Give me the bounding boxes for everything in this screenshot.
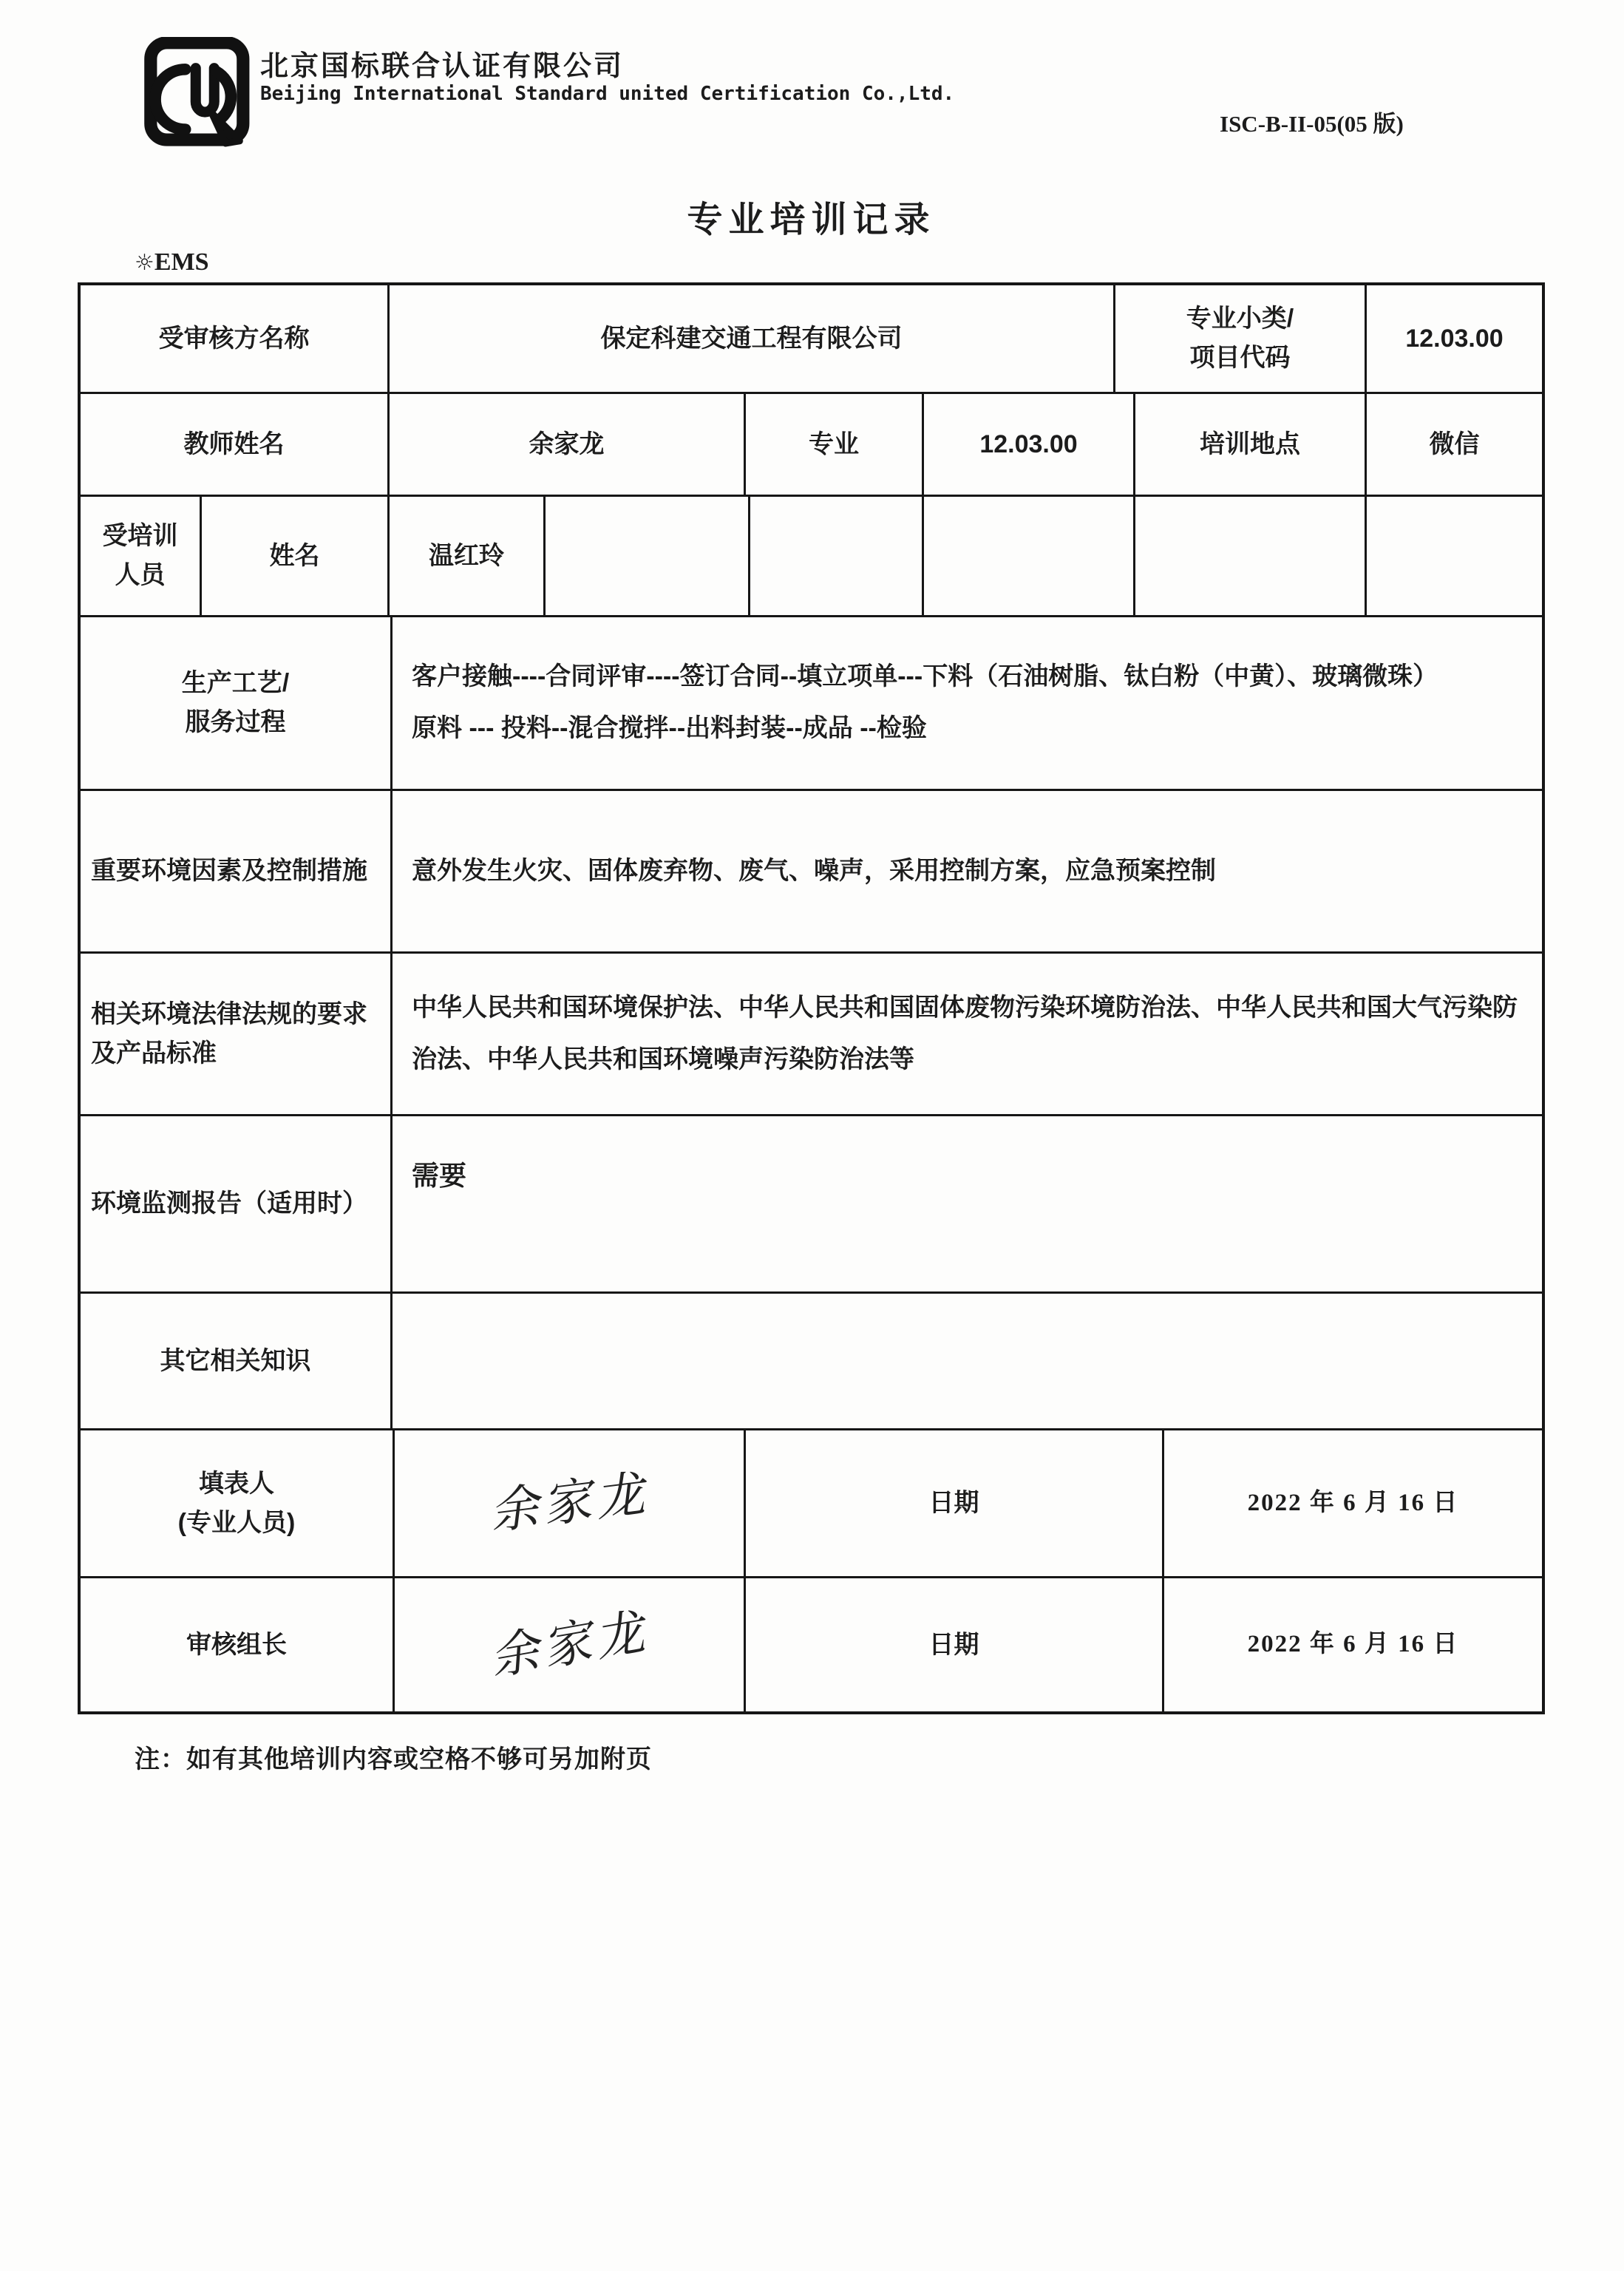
major-value: 12.03.00 — [924, 394, 1135, 495]
subcategory-code-value: 12.03.00 — [1367, 285, 1542, 392]
trainees-label: 受培训 人员 — [81, 497, 202, 615]
trainee-name-cell-empty — [924, 497, 1135, 615]
major-label: 专业 — [746, 394, 924, 495]
preparer-signature: 余家龙 — [486, 1456, 653, 1551]
gear-sun-icon: ☼ — [135, 250, 154, 276]
preparer-date-label: 日期 — [746, 1430, 1164, 1576]
other-knowledge-value — [393, 1294, 1542, 1428]
training-location-label: 培训地点 — [1135, 394, 1367, 495]
table-row-teacher: 教师姓名 余家龙 专业 12.03.00 培训地点 微信 — [81, 394, 1542, 497]
teacher-name-label: 教师姓名 — [81, 394, 390, 495]
table-row-auditee: 受审核方名称 保定科建交通工程有限公司 专业小类/ 项目代码 12.03.00 — [81, 285, 1542, 394]
trainee-name-value: 温红玲 — [390, 497, 546, 615]
page-title: 专业培训记录 — [78, 191, 1545, 242]
company-logo — [142, 37, 259, 148]
env-factors-label: 重要环境因素及控制措施 — [81, 791, 393, 951]
table-row-trainees: 受培训 人员 姓名 温红玲 — [81, 497, 1542, 617]
trainee-name-cell-empty — [546, 497, 750, 615]
auditee-label: 受审核方名称 — [81, 285, 390, 392]
preparer-date-value: 2022 年 6 月 16 日 — [1164, 1430, 1542, 1576]
monitoring-label: 环境监测报告（适用时） — [81, 1116, 393, 1291]
leader-date-value: 2022 年 6 月 16 日 — [1164, 1578, 1542, 1711]
company-name-cn: 北京国标联合认证有限公司 — [260, 43, 624, 84]
process-value: 客户接触----合同评审----签订合同--填立项单---下料（石油树脂、钛白粉… — [393, 617, 1542, 789]
auditee-value: 保定科建交通工程有限公司 — [390, 285, 1115, 392]
leader-signature: 余家龙 — [484, 1594, 654, 1696]
certification-mark-icon — [142, 37, 259, 148]
preparer-label: 填表人 (专业人员) — [81, 1430, 395, 1576]
subcategory-code-label: 专业小类/ 项目代码 — [1115, 285, 1367, 392]
table-row-env-factors: 重要环境因素及控制措施 意外发生火灾、固体废弃物、废气、噪声，采用控制方案，应急… — [81, 791, 1542, 954]
table-row-leader: 审核组长 余家龙 日期 2022 年 6 月 16 日 — [81, 1578, 1542, 1711]
leader-date-label: 日期 — [746, 1578, 1164, 1711]
document-code: ISC-B-II-05(05 版) — [1220, 105, 1404, 138]
trainee-name-cell-empty — [1367, 497, 1542, 615]
regulations-value: 中华人民共和国环境保护法、中华人民共和国固体废物污染环境防治法、中华人民共和国大… — [393, 954, 1542, 1114]
ems-text: EMS — [154, 248, 209, 276]
leader-label: 审核组长 — [81, 1578, 395, 1711]
preparer-signature-cell: 余家龙 — [395, 1430, 746, 1576]
teacher-name-value: 余家龙 — [390, 394, 746, 495]
leader-signature-cell: 余家龙 — [395, 1578, 746, 1711]
env-factors-value: 意外发生火灾、固体废弃物、废气、噪声，采用控制方案，应急预案控制 — [393, 791, 1542, 951]
table-row-process: 生产工艺/ 服务过程 客户接触----合同评审----签订合同--填立项单---… — [81, 617, 1542, 791]
other-knowledge-label: 其它相关知识 — [81, 1294, 393, 1428]
table-row-other-knowledge: 其它相关知识 — [81, 1294, 1542, 1430]
company-name-en: Beijing International Standard united Ce… — [260, 83, 954, 105]
training-record-table: 受审核方名称 保定科建交通工程有限公司 专业小类/ 项目代码 12.03.00 … — [78, 282, 1545, 1714]
table-row-monitoring: 环境监测报告（适用时） 需要 — [81, 1116, 1542, 1294]
regulations-label: 相关环境法律法规的要求及产品标准 — [81, 954, 393, 1114]
monitoring-value: 需要 — [393, 1116, 1542, 1291]
trainee-name-cell-empty — [750, 497, 924, 615]
footnote: 注：如有其他培训内容或空格不够可另加附页 — [135, 1739, 652, 1775]
process-label: 生产工艺/ 服务过程 — [81, 617, 393, 789]
table-row-regulations: 相关环境法律法规的要求及产品标准 中华人民共和国环境保护法、中华人民共和国固体废… — [81, 954, 1542, 1116]
training-location-value: 微信 — [1367, 394, 1542, 495]
ems-label: ☼EMS — [135, 248, 209, 276]
trainee-name-cell-empty — [1135, 497, 1367, 615]
trainee-name-label: 姓名 — [202, 497, 390, 615]
table-row-preparer: 填表人 (专业人员) 余家龙 日期 2022 年 6 月 16 日 — [81, 1430, 1542, 1578]
